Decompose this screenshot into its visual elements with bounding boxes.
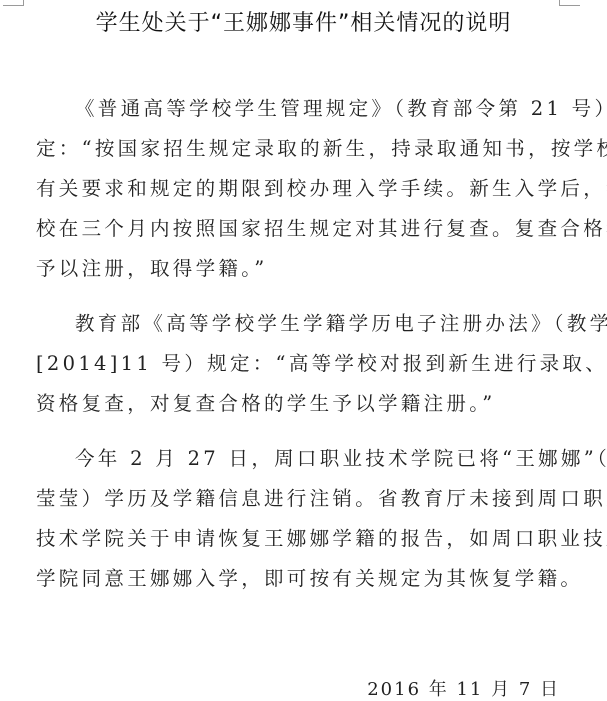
text-line: 予以注册，取得学籍。”: [36, 249, 574, 289]
text-line: 资格复查，对复查合格的学生予以学籍注册。”: [36, 384, 574, 424]
text-line: 有关要求和规定的期限到校办理入学手续。新生入学后，学: [36, 169, 574, 209]
text-line: 技术学院关于申请恢复王娜娜学籍的报告，如周口职业技术: [36, 519, 574, 559]
text-line: 教育部《高等学校学生学籍学历电子注册办法》（教学: [36, 304, 574, 344]
text-line: 莹莹）学历及学籍信息进行注销。省教育厅未接到周口职业: [36, 479, 574, 519]
text-line: 《普通高等学校学生管理规定》（教育部令第 21 号）规: [36, 89, 574, 129]
paragraph-registration-rule: 教育部《高等学校学生学籍学历电子注册办法》（教学 [2014]11 号）规定：“…: [36, 304, 574, 424]
document-date: 2016 年 11 月 7 日: [367, 675, 560, 701]
text-line: 定：“按国家招生规定录取的新生，持录取通知书，按学校: [36, 129, 574, 169]
paragraph-case-status: 今年 2 月 27 日，周口职业技术学院已将“王娜娜”（张 莹莹）学历及学籍信息…: [36, 439, 574, 599]
text-line: 校在三个月内按照国家招生规定对其进行复查。复查合格者: [36, 209, 574, 249]
text-line: 学院同意王娜娜入学，即可按有关规定为其恢复学籍。: [36, 559, 574, 599]
paragraph-regulation-quote: 《普通高等学校学生管理规定》（教育部令第 21 号）规 定：“按国家招生规定录取…: [36, 89, 574, 289]
document-title: 学生处关于“王娜娜事件”相关情况的说明: [0, 6, 607, 37]
document-body: 《普通高等学校学生管理规定》（教育部令第 21 号）规 定：“按国家招生规定录取…: [36, 89, 574, 614]
text-line: 今年 2 月 27 日，周口职业技术学院已将“王娜娜”（张: [36, 439, 574, 479]
text-line: [2014]11 号）规定：“高等学校对报到新生进行录取、入学: [36, 344, 574, 384]
